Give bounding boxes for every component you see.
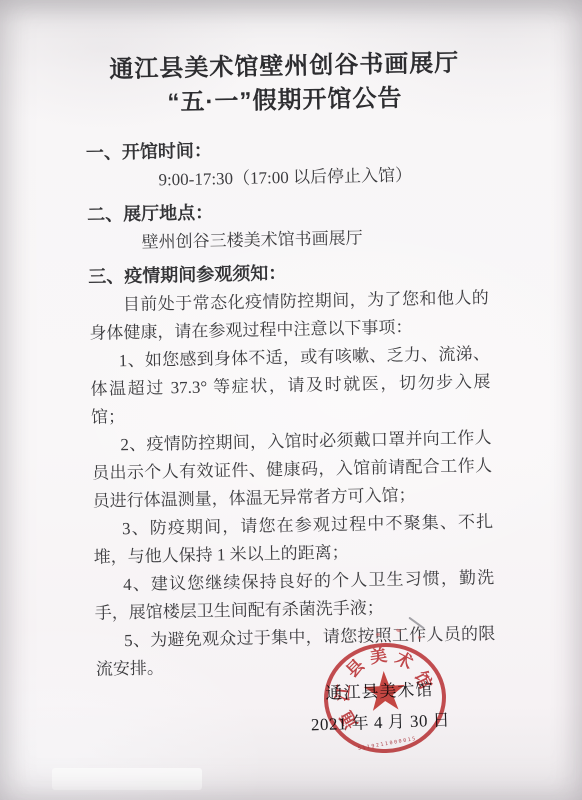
seal-ink-speck [376,633,380,636]
covid-notice-item-3: 3、防疫期间，请您在参观过程中不聚集、不扎堆，与他人保持 1 米以上的距离； [93,508,494,572]
covid-notice-item-4: 4、建议您继续保持良好的个人卫生习惯，勤洗手，展馆楼层卫生间配有杀菌洗手液； [94,564,495,628]
seal-arc-char: 美 [369,647,388,666]
location-value: 壁州创谷三楼美术馆书画展厅 [141,222,487,257]
seal-arc-char: 江 [334,683,353,702]
notice-body: 通江县美术馆壁州创谷书画展厅 “五·一”假期开馆公告 一、开馆时间： 9:00-… [84,46,496,684]
official-seal: ★ 通 江 县 美 术 馆 5119211000015 [319,638,451,758]
notice-title: 通江县美术馆壁州创谷书画展厅 “五·一”假期开馆公告 [84,46,485,122]
photo-highlight-patch [52,768,202,790]
document-photo: 通江县美术馆壁州创谷书画展厅 “五·一”假期开馆公告 一、开馆时间： 9:00-… [0,0,582,800]
opening-hours-value: 9:00-17:30（17:00 以后停止入馆） [158,160,486,194]
seal-star-icon: ★ [359,664,410,720]
covid-notice-item-1: 1、如您感到身体不适，或有咳嗽、乏力、流涕、体温超过 37.3° 等症状，请及时… [90,340,492,432]
covid-notice-item-2: 2、疫情防控期间，入馆时必须戴口罩并向工作人员出示个人有效证件、健康码，入馆前请… [91,424,493,516]
covid-notice-intro: 目前处于常态化疫情防控期间，为了您和他人的身体健康，请在参观过程中注意以下事项： [89,284,490,348]
